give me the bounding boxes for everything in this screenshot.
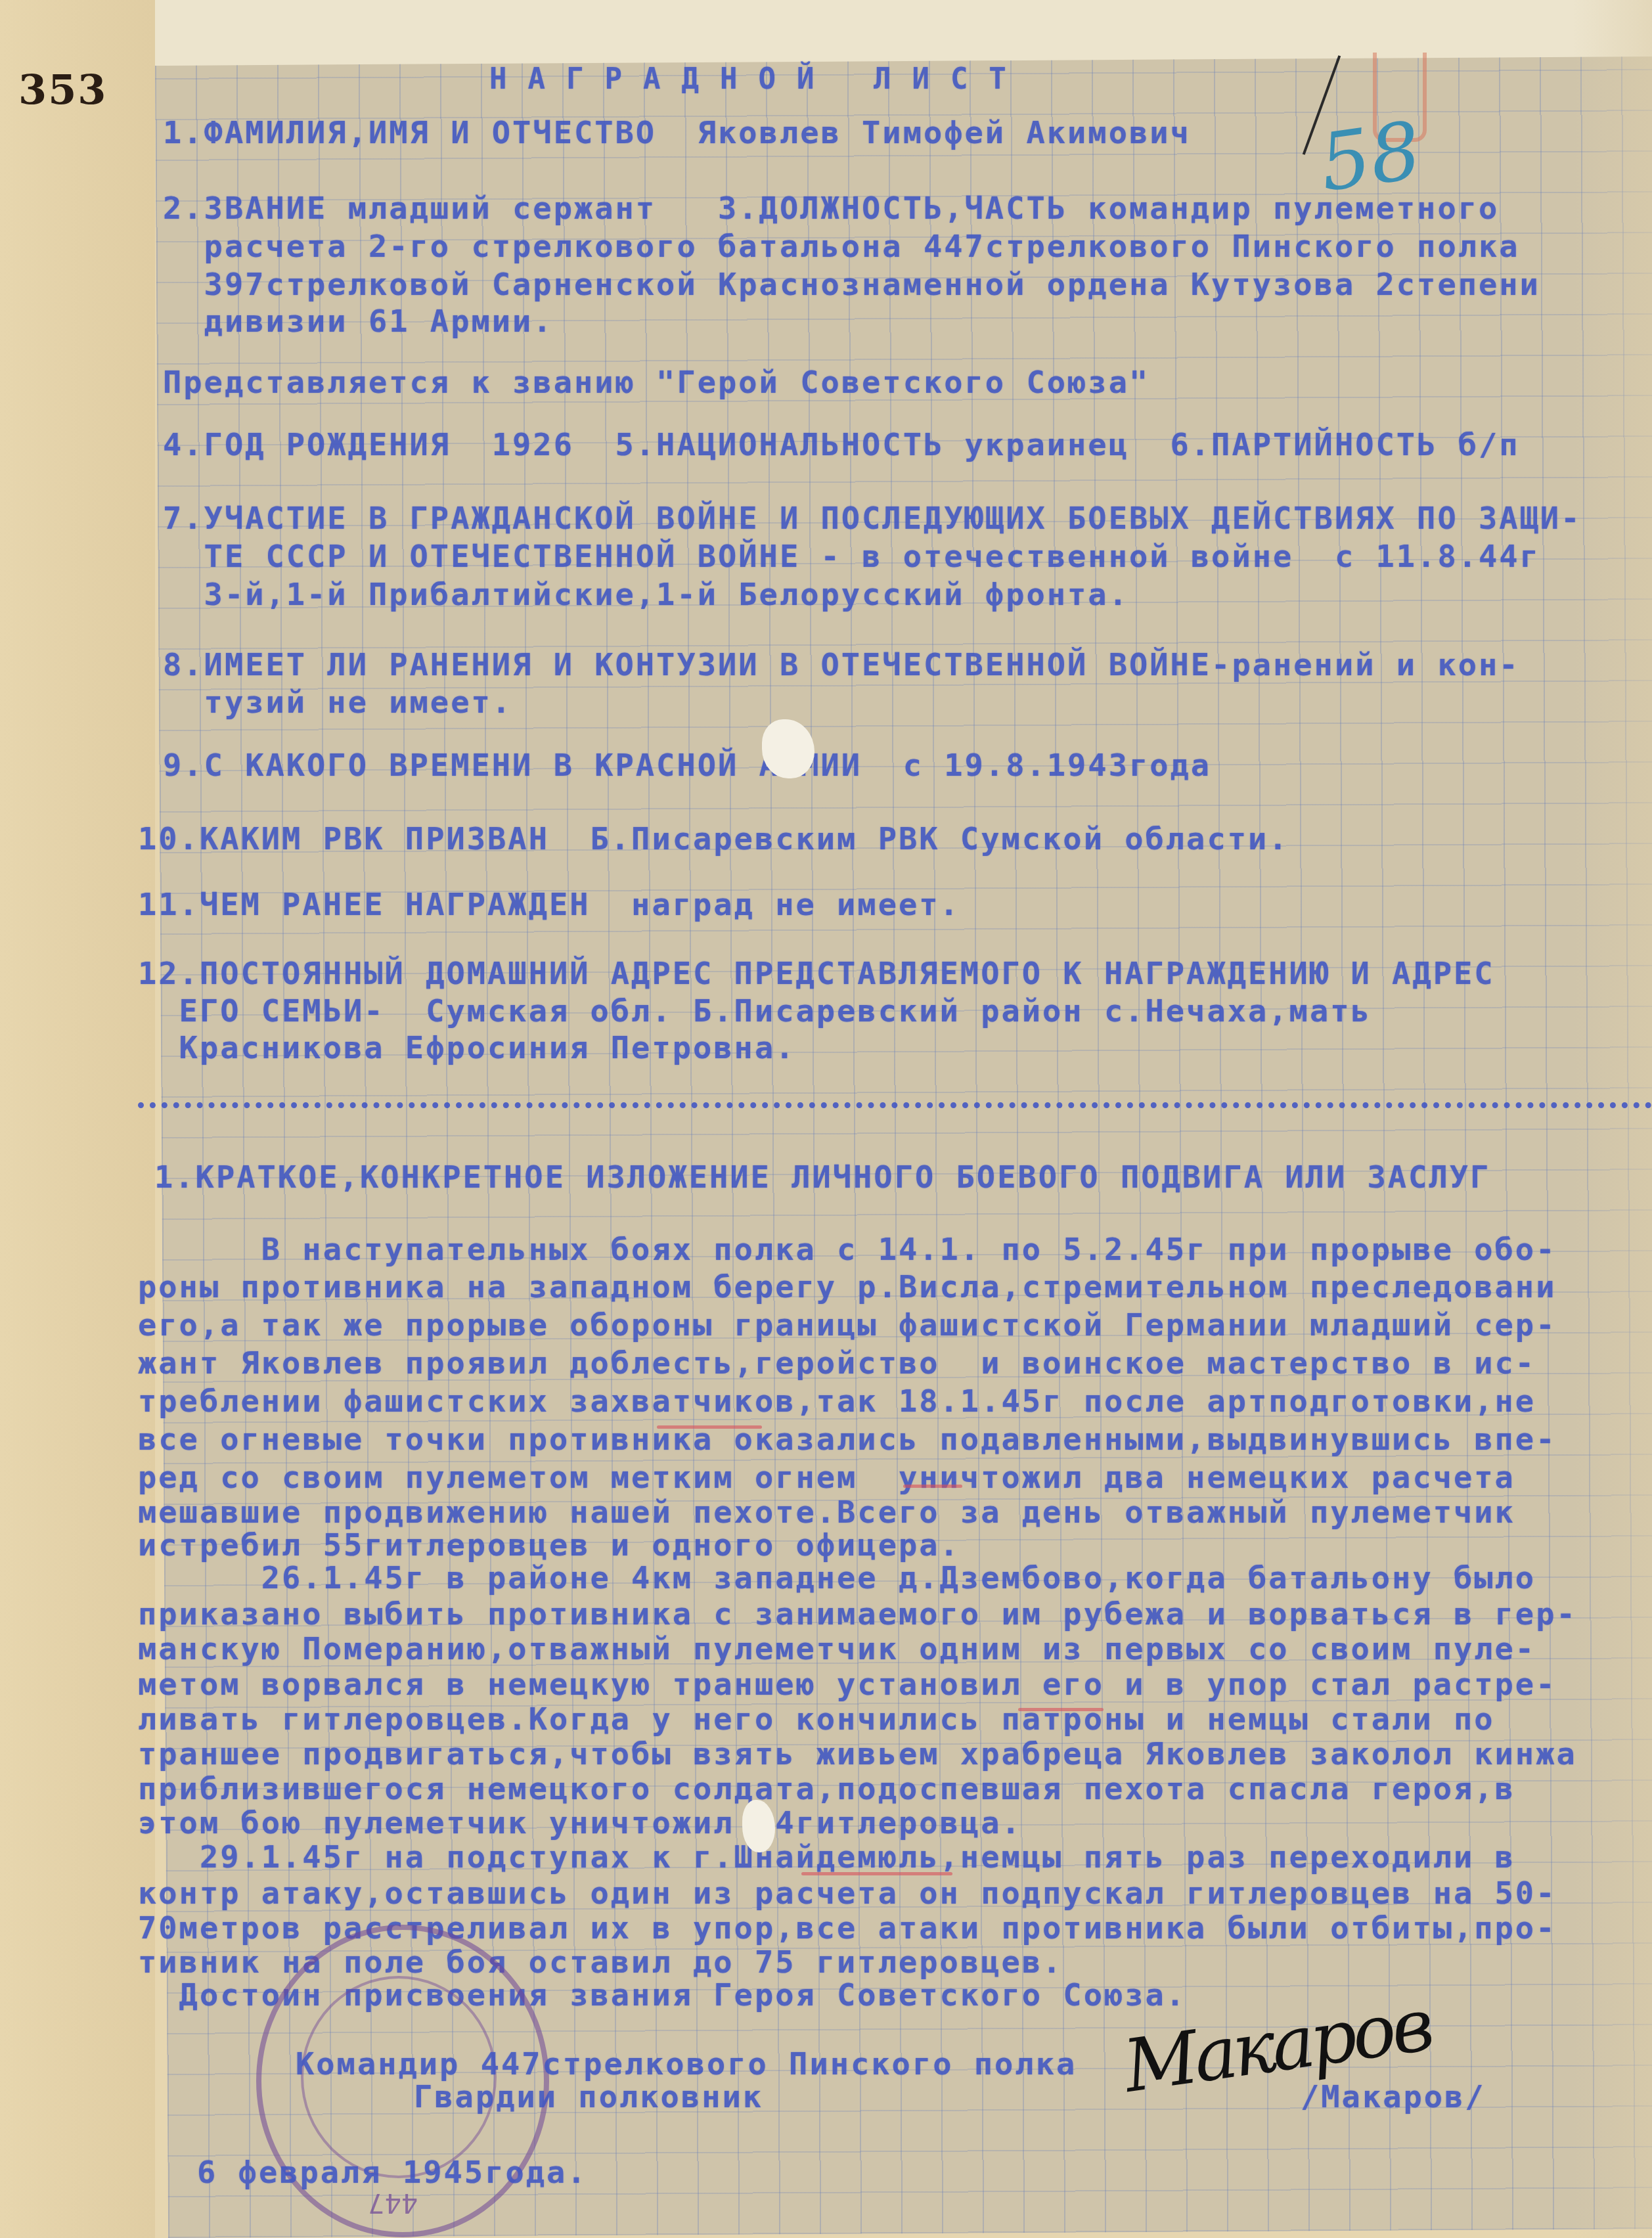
field-wounds-2: тузий не имеет. [163,684,512,721]
page-title: НАГРАДНОЙ ЛИСТ [489,62,1027,96]
feat-line: 26.1.45г в районе 4км западнее д.Дзембов… [138,1560,1536,1596]
field-address-2: ЕГО СЕМЬИ- Сумская обл. Б.Писаревский ра… [138,993,1372,1029]
field-previous-awards: 11.ЧЕМ РАНЕЕ НАГРАЖДЕН наград не имеет. [138,887,960,923]
feat-line: тивник на поле боя оставил до 75 гитлеро… [138,1944,1063,1981]
section-divider [138,1102,1652,1108]
field-unit-line-3: дивизии 61 Армии. [163,303,554,340]
red-underline [657,1425,762,1429]
feat-line: траншее продвигаться,чтобы взять живьем … [138,1736,1577,1772]
feat-line: приказано выбить противника с занимаемог… [138,1596,1577,1632]
red-underline [903,1485,962,1488]
feat-line: треблении фашистских захватчиков,так 18.… [138,1383,1536,1420]
field-unit-line-1: расчета 2-го стрелкового батальона 447ст… [163,229,1520,265]
field-address-3: Красникова Ефросиния Петровна. [138,1030,795,1066]
red-underline [1018,1708,1104,1711]
feat-line: его,а так же прорыве обороны границы фаш… [138,1307,1556,1343]
archive-page-number: 353 [18,66,107,114]
field-birth-nationality-party: 4.ГОД РОЖДЕНИЯ 1926 5.НАЦИОНАЛЬНОСТЬ укр… [163,427,1520,463]
field-war-participation-2: ТЕ СССР И ОТЕЧЕСТВЕННОЙ ВОЙНЕ - в отечес… [163,539,1540,575]
paper-right-edge [1573,0,1652,2238]
feat-line: истребил 55гитлеровцев и одного офицера. [138,1527,960,1563]
feat-line: ред со своим пулеметом метким огнем унич… [138,1460,1515,1496]
field-rank-position: 2.ЗВАНИЕ младший сержант 3.ДОЛЖНОСТЬ,ЧАС… [163,190,1499,227]
commander-name: /Макаров/ [1301,2079,1486,2115]
field-name: 1.ФАМИЛИЯ,ИМЯ И ОТЧЕСТВО Яковлев Тимофей… [163,115,1191,151]
field-war-participation-3: 3-й,1-й Прибалтийские,1-й Белорусский фр… [163,577,1129,613]
field-unit-line-2: 397стрелковой Сарненской Краснознаменной… [163,267,1540,303]
feat-line: манскую Померанию,отважный пулеметчик од… [138,1631,1536,1667]
feat-line: контр атаку,оставшись один из расчета он… [138,1875,1556,1912]
feat-line: мешавшие продвижению нашей пехоте.Всего … [138,1494,1515,1531]
commander-title: Командир 447стрелкового Пинского полка [296,2046,1077,2082]
commander-rank: Гвардии полковник [414,2079,763,2115]
document-date: 6 февраля 1945года. [197,2155,588,2191]
feat-line: этом бою пулеметчик уничтожил 64гитлеров… [138,1805,1022,1841]
feat-line: все огневые точки противника оказались п… [138,1421,1556,1458]
field-war-participation-1: 7.УЧАСТИЕ В ГРАЖДАНСКОЙ ВОЙНЕ И ПОСЛЕДУЮ… [163,501,1581,537]
feat-line: 29.1.45г на подступах к г.Шнайдемюль,нем… [138,1839,1515,1875]
feat-line: жант Яковлев проявил доблесть,геройство … [138,1345,1536,1381]
feat-line: приблизившегося немецкого солдата,подосп… [138,1771,1515,1807]
feat-line: метом ворвался в немецкую траншею устано… [138,1667,1556,1703]
field-drafted-by: 10.КАКИМ РВК ПРИЗВАН Б.Писаревским РВК С… [138,821,1289,857]
red-underline [801,1872,952,1875]
field-address-1: 12.ПОСТОЯННЫЙ ДОМАШНИЙ АДРЕС ПРЕДСТАВЛЯЕ… [138,956,1495,992]
feat-line: роны противника на западном берегу р.Вис… [138,1269,1556,1305]
feat-section-heading: 1.КРАТКОЕ,КОНКРЕТНОЕ ИЗЛОЖЕНИЕ ЛИЧНОГО Б… [154,1159,1490,1196]
feat-line: В наступательных боях полка с 14.1. по 5… [138,1232,1556,1268]
award-nomination: Представляется к званию "Герой Советског… [163,365,1150,401]
field-army-since: 9.С КАКОГО ВРЕМЕНИ В КРАСНОЙ АРМИИ с 19.… [163,748,1211,784]
feat-line: ливать гитлеровцев.Когда у него кончилис… [138,1701,1495,1737]
archive-margin [0,0,155,2238]
stamp-number: 447 [368,2187,418,2218]
field-wounds-1: 8.ИМЕЕТ ЛИ РАНЕНИЯ И КОНТУЗИИ В ОТЕЧЕСТВ… [163,647,1520,683]
